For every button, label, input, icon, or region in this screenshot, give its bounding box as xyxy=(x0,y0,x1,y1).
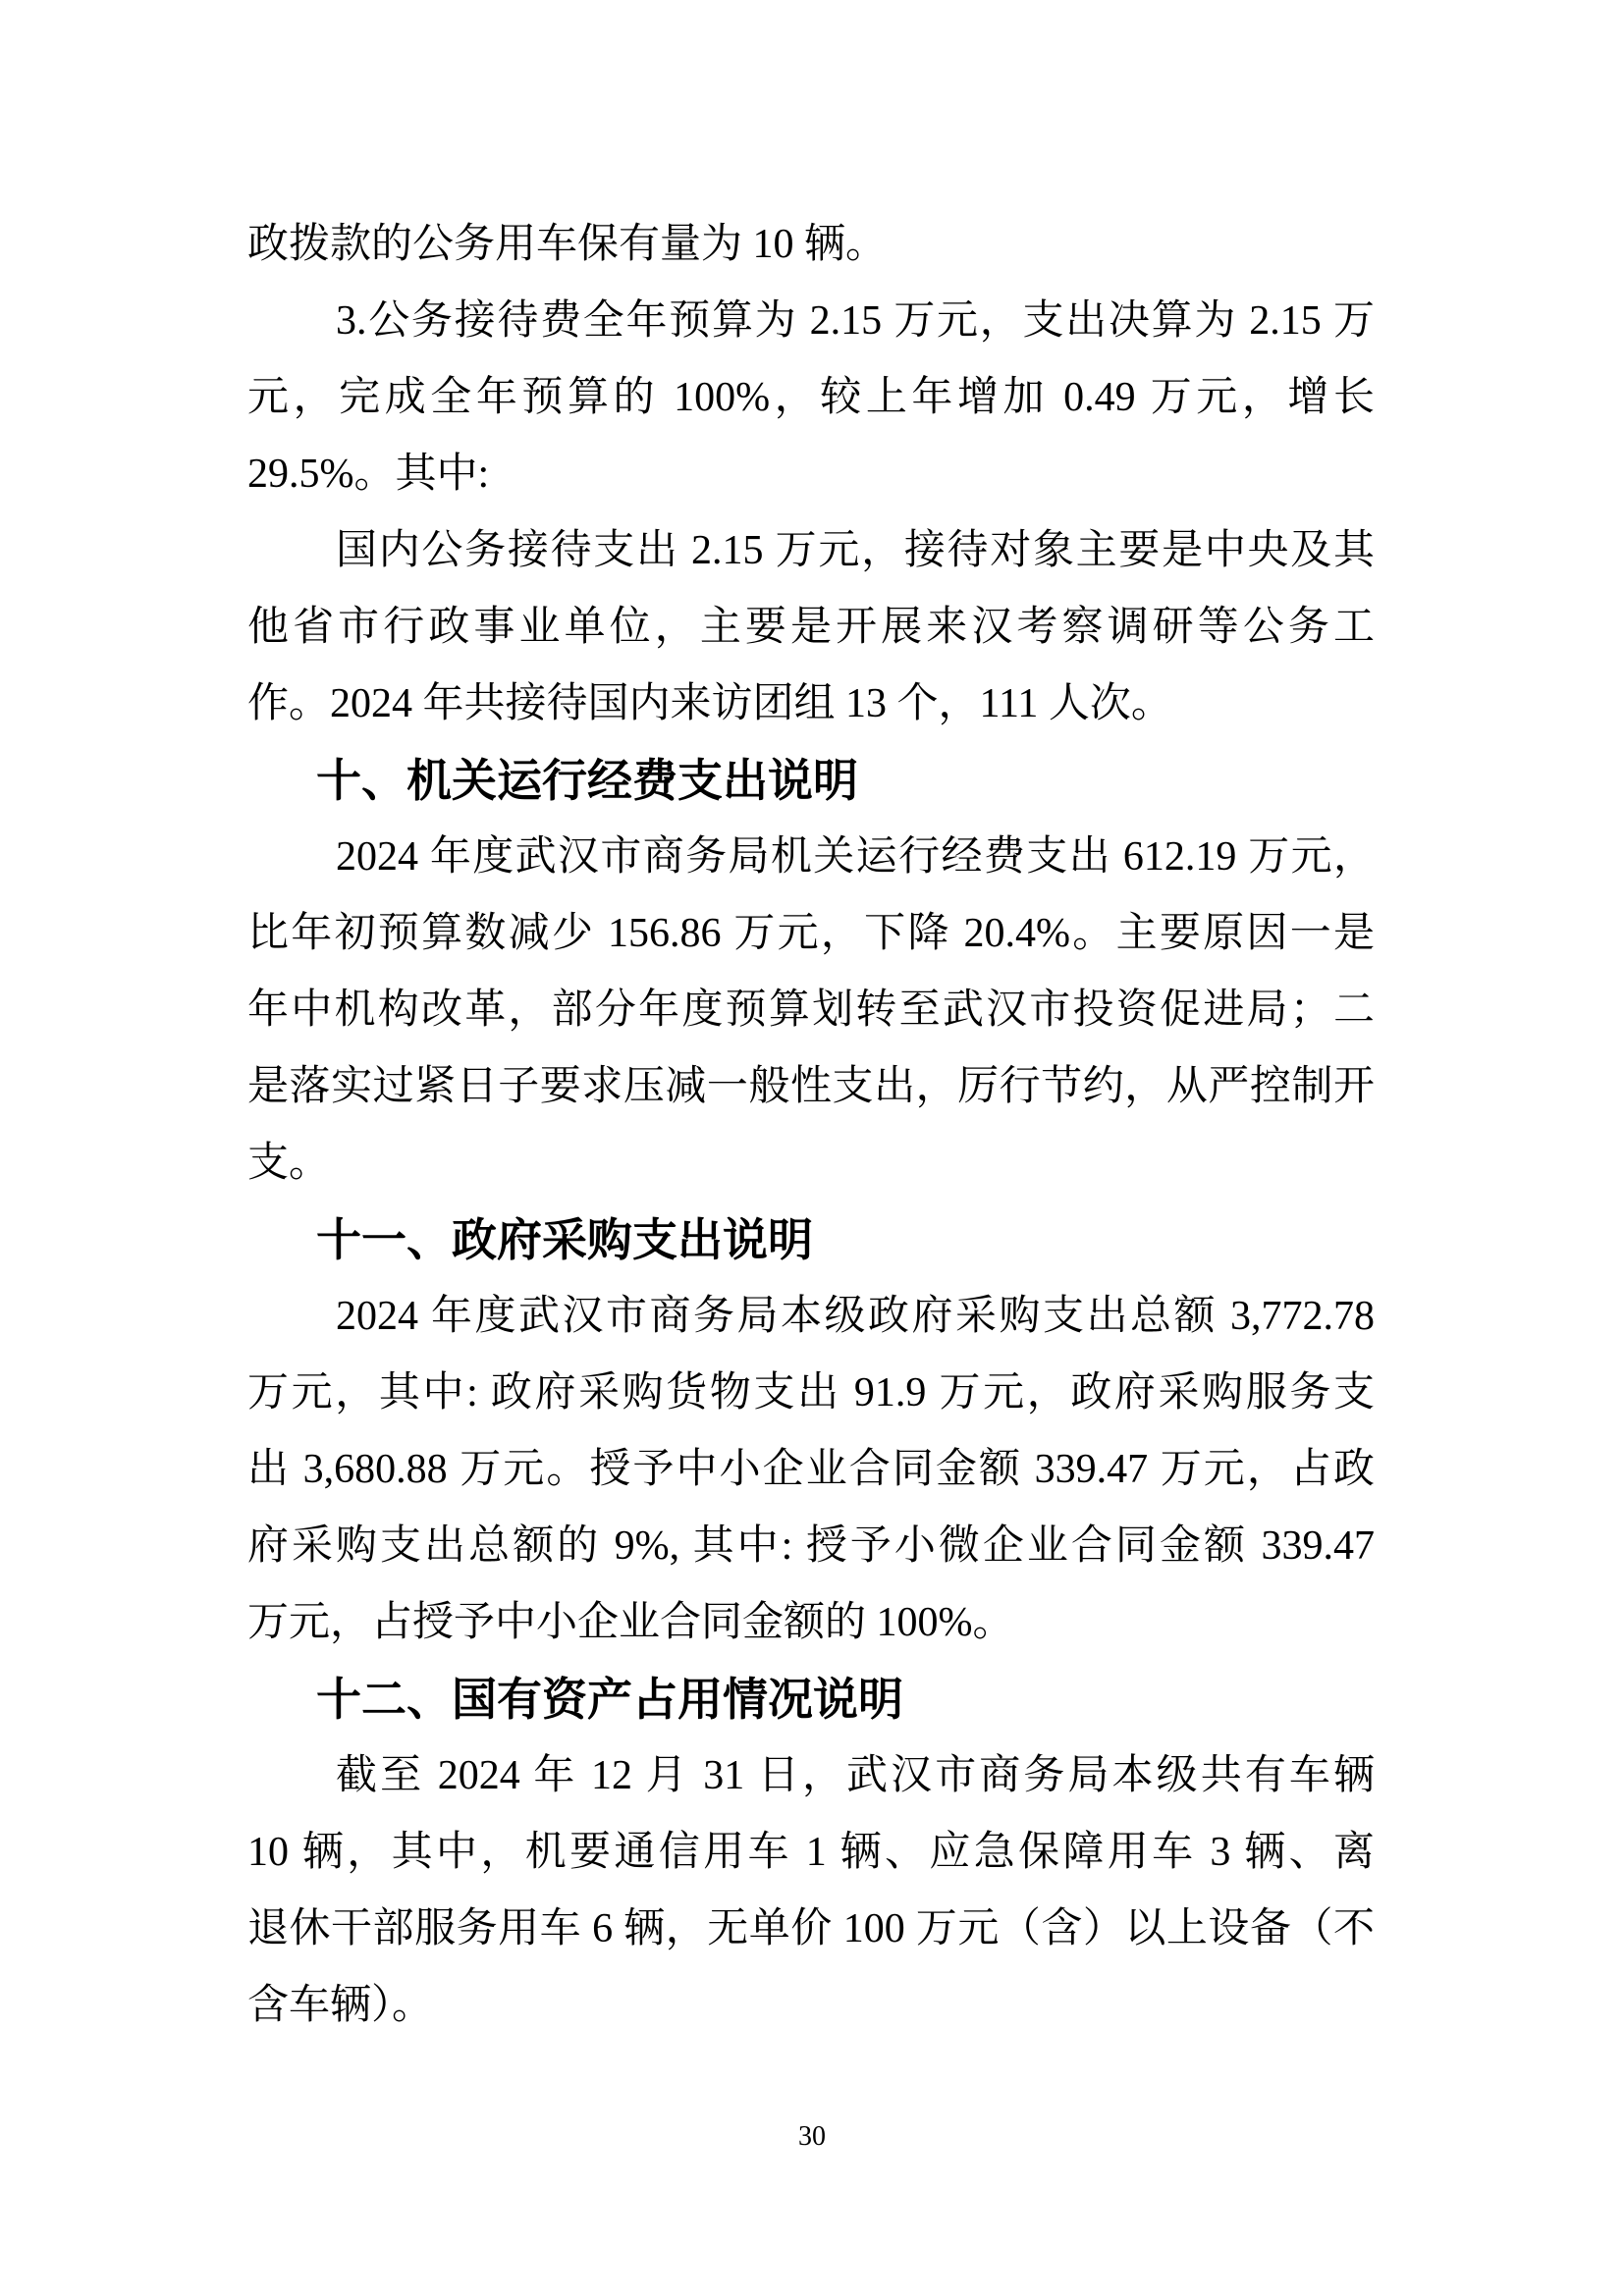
text-line: 府采购支出总额的 9%, 其中: 授予小微企业合同金额 339.47 xyxy=(247,1508,1375,1584)
text-line: 2024 年度武汉市商务局机关运行经费支出 612.19 万元， xyxy=(247,819,1375,895)
text-line: 出 3,680.88 万元。授予中小企业合同金额 339.47 万元，占政 xyxy=(247,1431,1375,1508)
text-line: 万元，占授予中小企业合同金额的 100%。 xyxy=(247,1584,1375,1661)
section-heading-12: 十二、国有资产占用情况说明 xyxy=(247,1661,1375,1737)
text-line: 是落实过紧日子要求压减一般性支出，厉行节约，从严控制开 xyxy=(247,1048,1375,1125)
text-line: 元，完成全年预算的 100%，较上年增加 0.49 万元，增长 xyxy=(247,359,1375,436)
text-line: 含车辆）。 xyxy=(247,1967,1375,2044)
text-line: 国内公务接待支出 2.15 万元，接待对象主要是中央及其 xyxy=(247,512,1375,589)
text-line: 比年初预算数减少 156.86 万元，下降 20.4%。主要原因一是 xyxy=(247,895,1375,972)
page-number: 30 xyxy=(0,2120,1624,2154)
text-line: 万元，其中: 政府采购货物支出 91.9 万元，政府采购服务支 xyxy=(247,1355,1375,1431)
text-line: 政拨款的公务用车保有量为 10 辆。 xyxy=(247,206,1375,283)
text-line: 10 辆，其中，机要通信用车 1 辆、应急保障用车 3 辆、离 xyxy=(247,1814,1375,1891)
section-heading-10: 十、机关运行经费支出说明 xyxy=(247,742,1375,819)
text-line: 截至 2024 年 12 月 31 日，武汉市商务局本级共有车辆 xyxy=(247,1737,1375,1814)
text-line: 退休干部服务用车 6 辆，无单价 100 万元（含）以上设备（不 xyxy=(247,1891,1375,1967)
document-text-block: 政拨款的公务用车保有量为 10 辆。 3.公务接待费全年预算为 2.15 万元，… xyxy=(247,206,1375,2044)
text-line: 年中机构改革，部分年度预算划转至武汉市投资促进局；二 xyxy=(247,972,1375,1048)
document-page: 政拨款的公务用车保有量为 10 辆。 3.公务接待费全年预算为 2.15 万元，… xyxy=(0,0,1624,2296)
text-line: 2024 年度武汉市商务局本级政府采购支出总额 3,772.78 xyxy=(247,1278,1375,1355)
text-line: 作。2024 年共接待国内来访团组 13 个，111 人次。 xyxy=(247,666,1375,742)
text-line: 3.公务接待费全年预算为 2.15 万元，支出决算为 2.15 万 xyxy=(247,283,1375,359)
section-heading-11: 十一、政府采购支出说明 xyxy=(247,1201,1375,1278)
text-line: 他省市行政事业单位，主要是开展来汉考察调研等公务工 xyxy=(247,589,1375,666)
text-line: 29.5%。其中: xyxy=(247,436,1375,512)
text-line: 支。 xyxy=(247,1125,1375,1201)
